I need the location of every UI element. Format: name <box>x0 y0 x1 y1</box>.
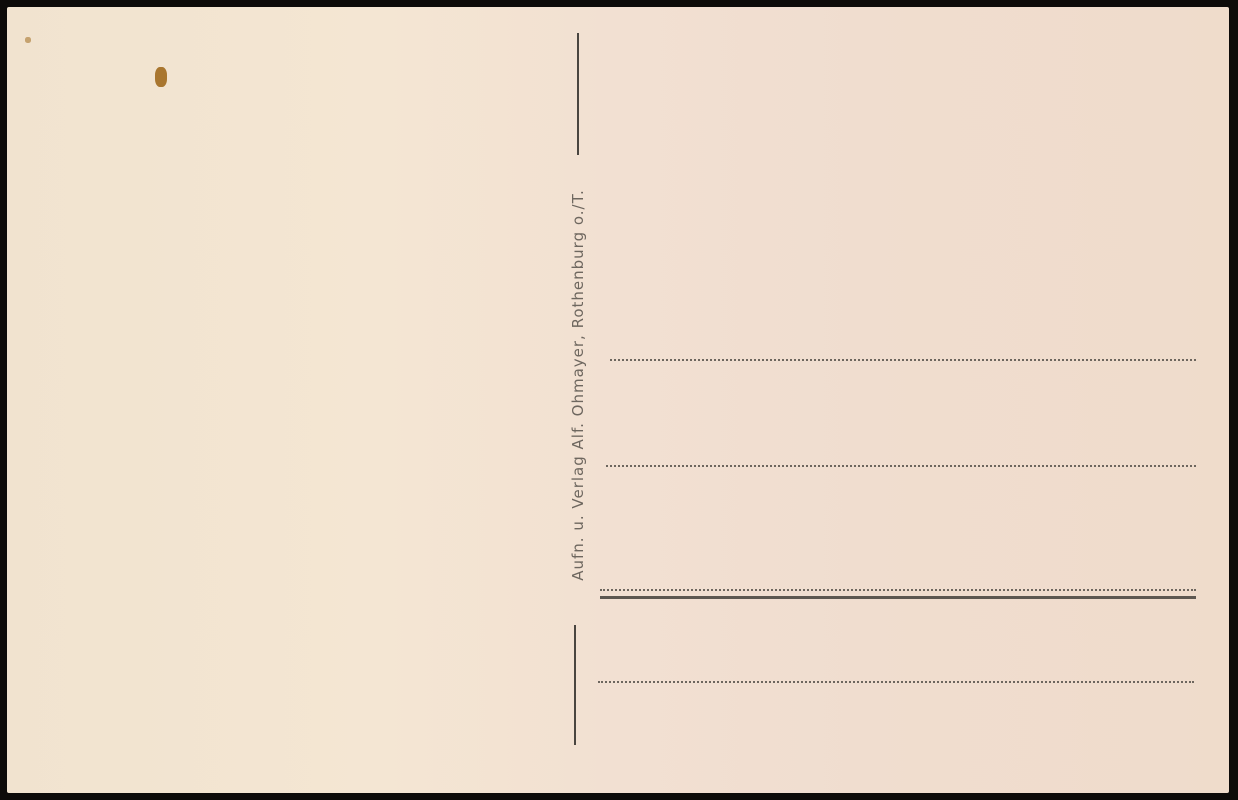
stain-mark <box>155 67 167 87</box>
address-line-1 <box>610 359 1196 361</box>
divider-bottom <box>574 625 576 745</box>
divider-top <box>577 33 579 155</box>
address-line-2 <box>606 465 1196 467</box>
address-line-4 <box>598 681 1194 683</box>
address-line-3-underline <box>600 596 1196 599</box>
stain-mark-small <box>25 37 31 43</box>
postcard-back <box>7 7 1229 793</box>
publisher-imprint: Aufn. u. Verlag Alf. Ohmayer, Rothenburg… <box>569 189 587 581</box>
address-line-3 <box>600 589 1196 591</box>
